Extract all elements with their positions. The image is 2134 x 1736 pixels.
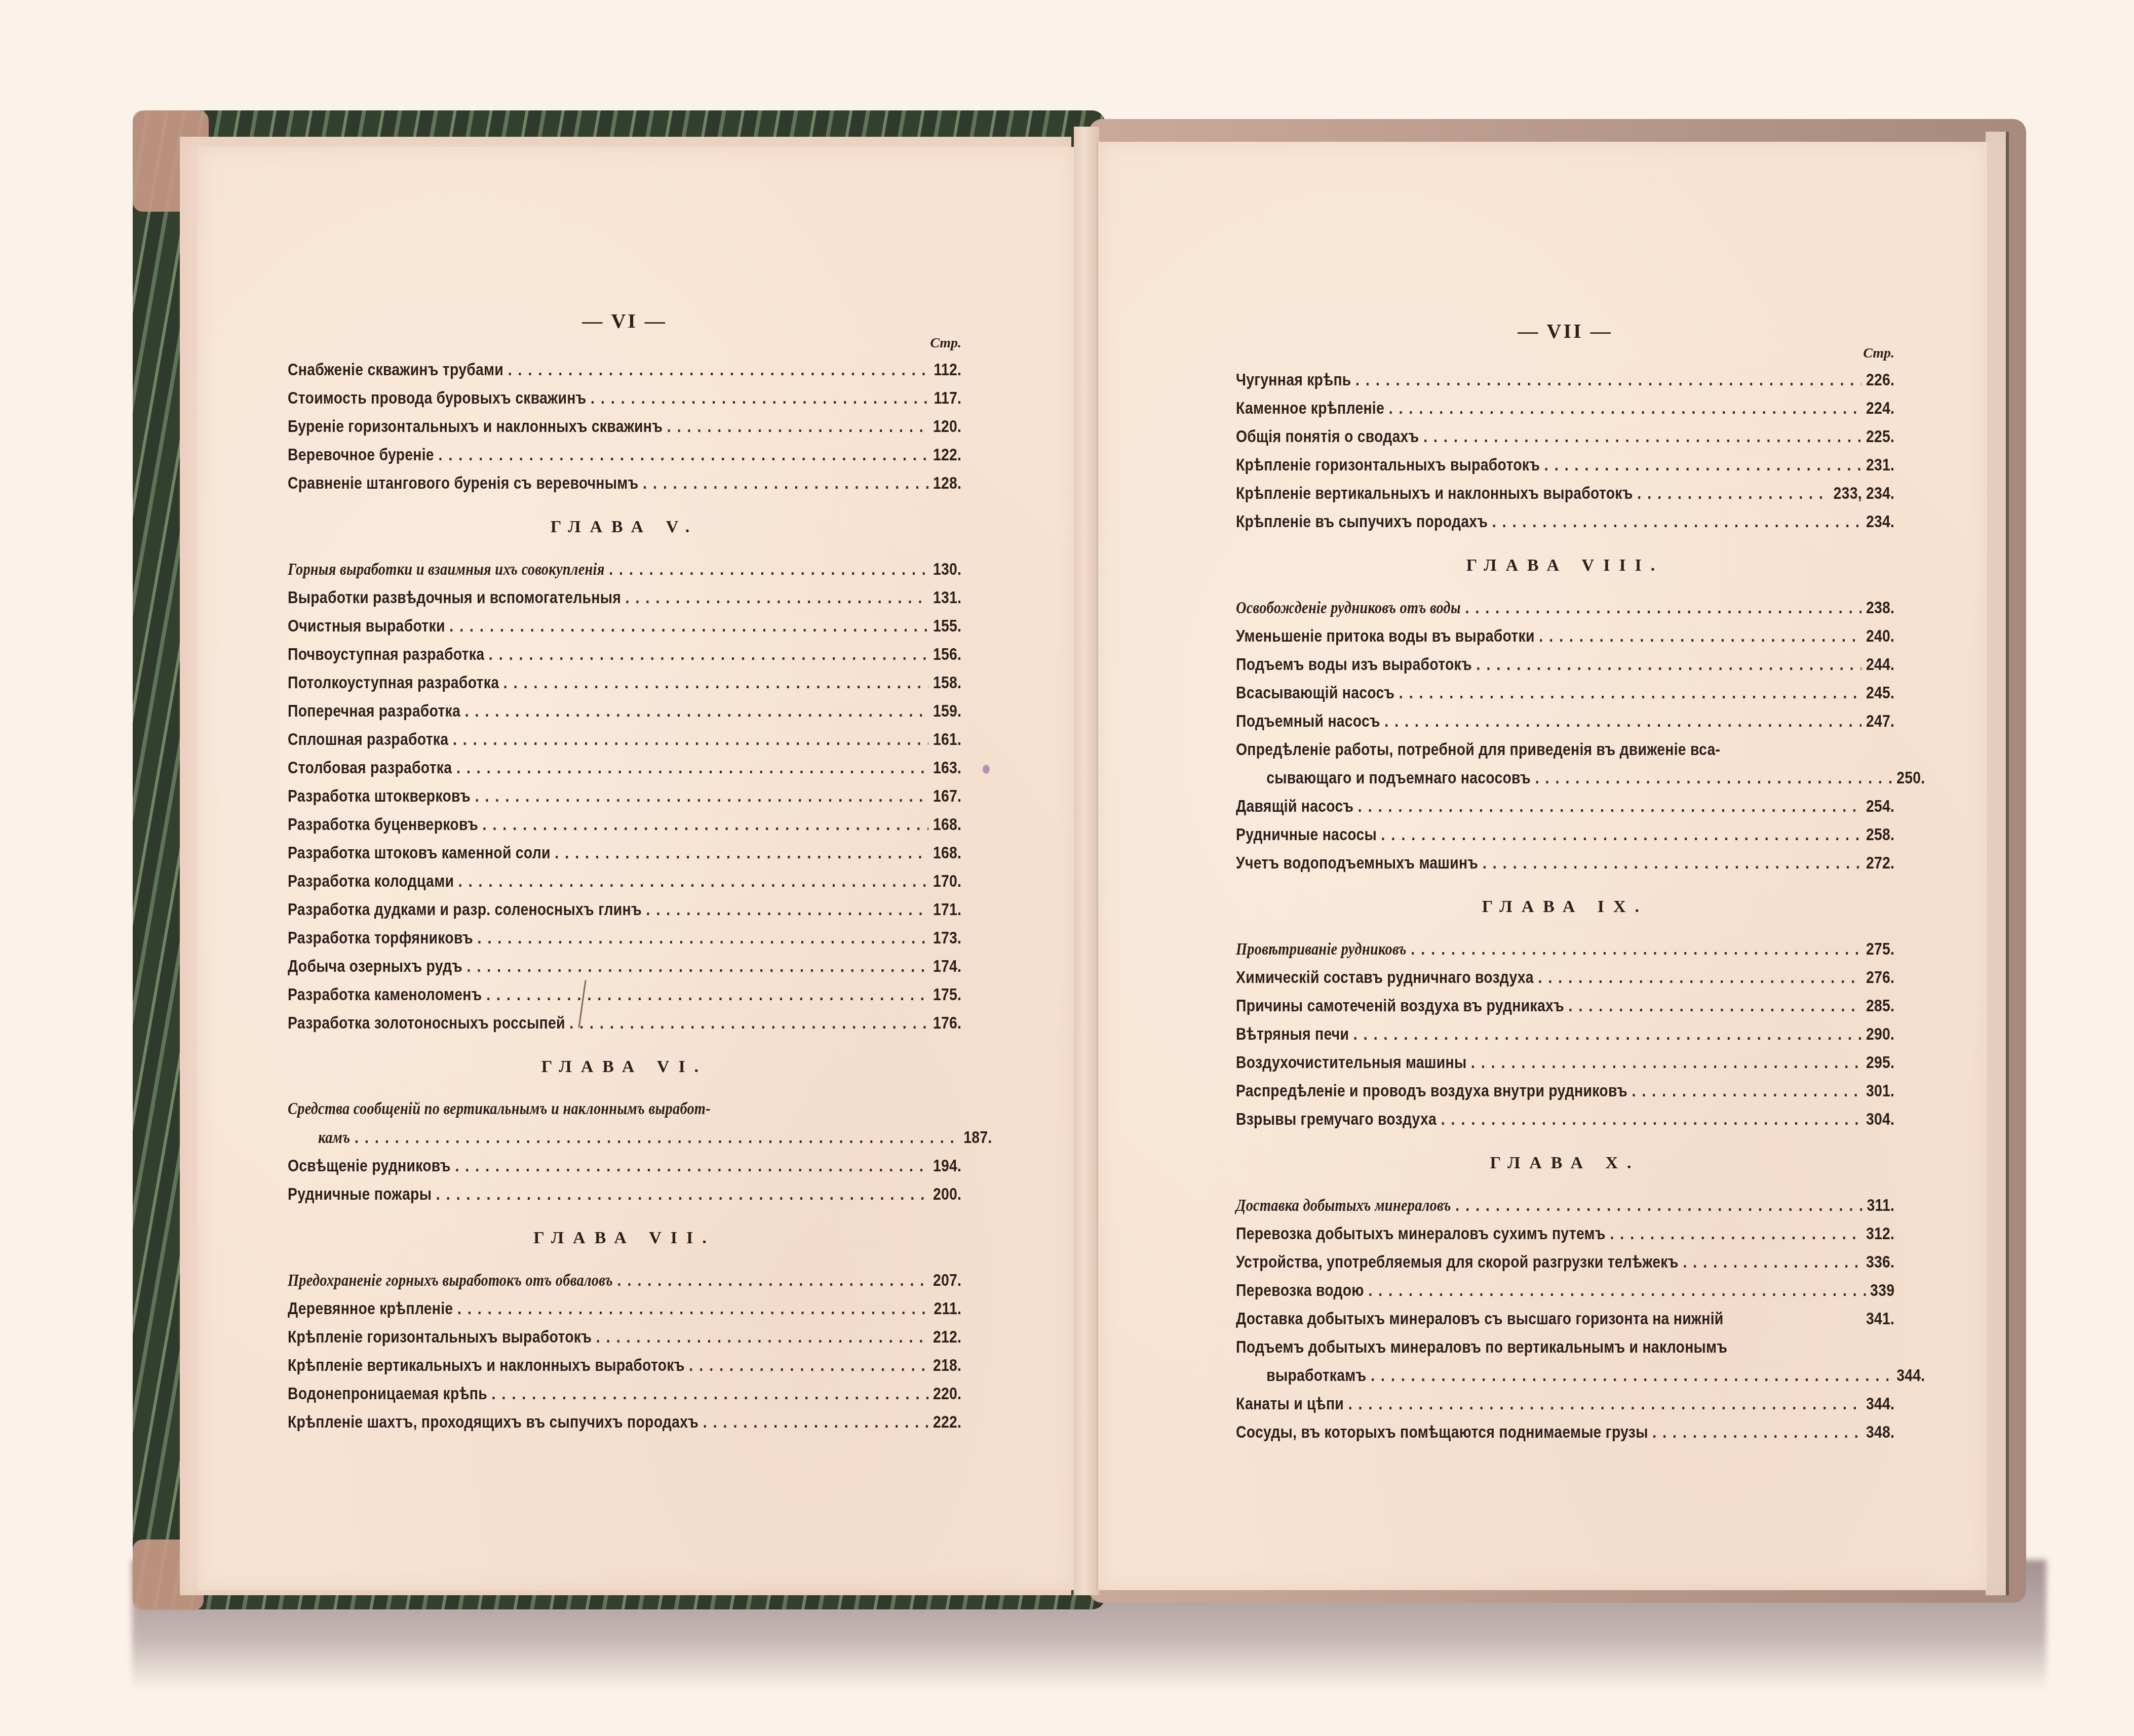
entry-title: Разработка золотоносныхъ россыпей	[288, 1009, 565, 1037]
entry-title: Канаты и цѣпи	[1236, 1390, 1344, 1418]
toc-entry: Освѣщеніе рудниковъ194.	[288, 1152, 961, 1180]
entry-page-number: 200.	[933, 1180, 961, 1208]
entry-page-number: 120.	[933, 412, 961, 441]
dot-leader	[1544, 451, 1862, 479]
dot-leader	[1652, 1418, 1861, 1446]
toc-entry: Разработка золотоносныхъ россыпей176.	[288, 1009, 961, 1037]
dot-leader	[1632, 1077, 1861, 1105]
dot-leader	[1441, 1105, 1862, 1133]
dot-leader	[1637, 479, 1829, 507]
entry-title: Опредѣленіе работы, потребной для привед…	[1236, 735, 1720, 764]
entry-title: Столбовая разработка	[288, 754, 452, 782]
entry-page-number: 304.	[1866, 1105, 1894, 1133]
entry-page-number: 254.	[1866, 792, 1894, 820]
dot-leader	[465, 697, 929, 725]
dot-leader	[475, 782, 929, 810]
toc-entry: Сосуды, въ которыхъ помѣщаются поднимаем…	[1236, 1418, 1894, 1446]
ink-stain	[983, 765, 990, 774]
dot-leader	[609, 555, 928, 583]
entry-page-number: 344.	[1866, 1390, 1894, 1418]
toc-entry: Канаты и цѣпи344.	[1236, 1390, 1894, 1418]
toc-entry: Подъемъ добытыхъ минераловъ по вертикаль…	[1236, 1333, 1894, 1361]
entry-page-number: 156.	[933, 640, 961, 668]
entry-page-number: 161.	[933, 725, 961, 754]
entry-page-number: 218.	[933, 1351, 961, 1379]
dot-leader	[626, 583, 929, 612]
dot-leader	[1535, 764, 1892, 792]
page-stack-right	[1986, 132, 2009, 1595]
entry-page-number: 341.	[1866, 1305, 1894, 1333]
entry-page-number: 159.	[933, 697, 961, 725]
dot-leader	[1399, 679, 1862, 707]
entry-title: Освобожденіе рудниковъ отъ воды	[1236, 594, 1461, 622]
chapter-heading: ГЛАВА IX.	[1236, 897, 1894, 917]
dot-leader	[703, 1408, 929, 1436]
toc-entry: Учетъ водоподъемныхъ машинъ272.	[1236, 849, 1894, 877]
entry-title: Крѣпленіе горизонтальныхъ выработокъ	[1236, 451, 1540, 479]
toc-entry: Крѣпленіе горизонтальныхъ выработокъ231.	[1236, 451, 1894, 479]
toc-entry: Взрывы гремучаго воздуха304.	[1236, 1105, 1894, 1133]
dot-leader	[436, 1180, 929, 1208]
toc-left: — VI — Стр. Снабженіе скважинъ трубами11…	[288, 309, 961, 1436]
entry-page-number: 194.	[933, 1152, 961, 1180]
entry-page-number: 158.	[933, 668, 961, 697]
entry-title: Крѣпленіе вертикальныхъ и наклонныхъ выр…	[288, 1351, 685, 1379]
entry-page-number: 222.	[933, 1408, 961, 1436]
toc-entry: Уменьшеніе притока воды въ выработки240.	[1236, 622, 1894, 650]
entry-page-number: 168.	[933, 810, 961, 839]
entry-page-number: 336.	[1866, 1248, 1894, 1276]
dot-leader	[1355, 366, 1861, 394]
entry-title: Сосуды, въ которыхъ помѣщаются поднимаем…	[1236, 1418, 1648, 1446]
entry-page-number: 130.	[933, 555, 961, 583]
toc-entry: Крѣпленіе вертикальныхъ и наклонныхъ выр…	[1236, 479, 1894, 507]
dot-leader	[453, 725, 928, 754]
entry-page-number: 175.	[933, 980, 961, 1009]
toc-entry: Веревочное буреніе122.	[288, 441, 961, 469]
entry-title: Разработка штокверковъ	[288, 782, 471, 810]
entry-page-number: 285.	[1866, 992, 1894, 1020]
dot-leader	[492, 1379, 929, 1408]
entry-title: Уменьшеніе притока воды въ выработки	[1236, 622, 1535, 650]
toc-entry: Доставка добытыхъ минераловъ съ высшаго …	[1236, 1305, 1894, 1333]
entry-title: Взрывы гремучаго воздуха	[1236, 1105, 1437, 1133]
dot-leader	[1538, 963, 1861, 992]
dot-leader	[1358, 792, 1862, 820]
entry-title: Сравненіе штангового буренія съ веревочн…	[288, 469, 638, 497]
toc-entry: Крѣпленіе въ сыпучихъ породахъ234.	[1236, 507, 1894, 536]
entry-page-number: 122.	[933, 441, 961, 469]
entry-title: Подъемъ добытыхъ минераловъ по вертикаль…	[1236, 1333, 1727, 1361]
entry-page-number: 226.	[1866, 366, 1894, 394]
dot-leader	[458, 867, 929, 895]
book-gutter	[1074, 127, 1099, 1595]
toc-entry: Снабженіе скважинъ трубами112.	[288, 356, 961, 384]
entry-page-number: 245.	[1866, 679, 1894, 707]
entry-title: Разработка буценверковъ	[288, 810, 478, 839]
entry-title: Устройства, употребляемыя для скорой раз…	[1236, 1248, 1679, 1276]
toc-entry: Рудничные пожары200.	[288, 1180, 961, 1208]
dot-leader	[486, 980, 928, 1009]
chapter-heading: ГЛАВА V.	[288, 518, 961, 537]
toc-entry: Разработка штокверковъ167.	[288, 782, 961, 810]
toc-entry: Каменное крѣпленіе224.	[1236, 394, 1894, 422]
entry-page-number: 225.	[1866, 422, 1894, 451]
entry-title: выработкамъ	[1266, 1361, 1366, 1390]
entry-title: Химическій составъ рудничнаго воздуха	[1236, 963, 1534, 992]
entry-title: Доставка добытыхъ минераловъ	[1236, 1192, 1451, 1220]
page-folio: — VII —	[1236, 319, 1894, 345]
entry-title: Каменное крѣпленіе	[1236, 394, 1384, 422]
toc-entry: Разработка штоковъ каменной соли168.	[288, 839, 961, 867]
entry-title: Разработка колодцами	[288, 867, 454, 895]
toc-entry: Средства сообщеній по вертикальнымъ и на…	[288, 1095, 961, 1123]
toc-entry: Подъемный насосъ247.	[1236, 707, 1894, 735]
entry-title: Перевозка добытыхъ минераловъ сухимъ пут…	[1236, 1219, 1606, 1248]
toc-entry: Крѣпленіе горизонтальныхъ выработокъ212.	[288, 1323, 961, 1351]
entry-page-number: 348.	[1866, 1418, 1894, 1446]
dot-leader	[1384, 707, 1861, 735]
entry-title: Крѣпленіе въ сыпучихъ породахъ	[1236, 507, 1488, 536]
toc-entry: Горныя выработки и взаимныя ихъ совокупл…	[288, 555, 961, 583]
dot-leader	[1610, 1219, 1861, 1248]
entry-title: Перевозка водою	[1236, 1276, 1364, 1305]
entry-page-number: 211.	[934, 1294, 962, 1323]
entry-page-number: 234.	[1866, 507, 1894, 536]
dot-leader	[1483, 849, 1861, 877]
entry-title: Потолкоуступная разработка	[288, 668, 499, 697]
dot-leader	[667, 412, 929, 441]
toc-right: — VII — Стр. Чугунная крѣпь226.Каменное …	[1236, 319, 1894, 1446]
entry-title: Предохраненіе горныхъ выработокъ отъ обв…	[288, 1267, 613, 1295]
dot-leader	[591, 384, 929, 412]
entry-title: Очистныя выработки	[288, 612, 445, 640]
toc-sections: Снабженіе скважинъ трубами112.Стоимость …	[288, 356, 961, 1436]
toc-entry: Крѣпленіе вертикальныхъ и наклонныхъ выр…	[288, 1351, 961, 1379]
entry-title: Горныя выработки и взаимныя ихъ совокупл…	[288, 556, 605, 584]
entry-title: Поперечная разработка	[288, 697, 460, 725]
entry-page-number: 168.	[933, 839, 961, 867]
entry-title: Выработки развѣдочныя и вспомогательныя	[288, 583, 621, 612]
toc-entry: Предохраненіе горныхъ выработокъ отъ обв…	[288, 1266, 961, 1294]
entry-title: Причины самотеченій воздуха въ рудникахъ	[1236, 992, 1564, 1020]
entry-page-number: 212.	[933, 1323, 961, 1351]
toc-entry: Перевозка водою339	[1236, 1276, 1894, 1305]
entry-title: Воздухочистительныя машины	[1236, 1048, 1466, 1077]
entry-page-number: 173.	[933, 924, 961, 952]
toc-entry: Стоимость провода буровыхъ скважинъ117.	[288, 384, 961, 412]
entry-title: Разработка дудками и разр. соленосныхъ г…	[288, 895, 642, 924]
toc-entry: Давящій насосъ254.	[1236, 792, 1894, 820]
toc-entry: Устройства, употребляемыя для скорой раз…	[1236, 1248, 1894, 1276]
toc-entry: Всасывающій насосъ245.	[1236, 679, 1894, 707]
toc-entry: Чугунная крѣпь226.	[1236, 366, 1894, 394]
entry-page-number: 275.	[1866, 935, 1894, 963]
entry-title: Учетъ водоподъемныхъ машинъ	[1236, 849, 1478, 877]
dot-leader	[1353, 1020, 1862, 1048]
entry-page-number: 220.	[933, 1379, 961, 1408]
toc-entry: Разработка дудками и разр. соленосныхъ г…	[288, 895, 961, 924]
dot-leader	[1389, 394, 1862, 422]
entry-title: Крѣпленіе шахтъ, проходящихъ въ сыпучихъ…	[288, 1408, 699, 1436]
dot-leader	[467, 952, 929, 980]
toc-entry: Химическій составъ рудничнаго воздуха276…	[1236, 963, 1894, 992]
toc-entry: Водонепроницаемая крѣпь220.	[288, 1379, 961, 1408]
dot-leader	[1371, 1361, 1892, 1390]
toc-entry: Опредѣленіе работы, потребной для привед…	[1236, 735, 1894, 764]
toc-entry: Буреніе горизонтальныхъ и наклонныхъ скв…	[288, 412, 961, 441]
entry-title: Сплошная разработка	[288, 725, 448, 754]
dot-leader	[1539, 622, 1861, 650]
entry-page-number: 344.	[1896, 1361, 1925, 1390]
toc-entry: Добыча озерныхъ рудъ174.	[288, 952, 961, 980]
entry-page-number: 224.	[1866, 394, 1894, 422]
entry-title: Крѣпленіе вертикальныхъ и наклонныхъ выр…	[1236, 479, 1633, 507]
entry-page-number: 290.	[1866, 1020, 1894, 1048]
entry-title: Провѣтриваніе рудниковъ	[1236, 935, 1407, 964]
entry-page-number: 272.	[1866, 849, 1894, 877]
toc-entry: Сравненіе штангового буренія съ веревочн…	[288, 469, 961, 497]
dot-leader	[508, 356, 929, 384]
entry-title: Снабженіе скважинъ трубами	[288, 356, 503, 384]
entry-page-number: 167.	[933, 782, 961, 810]
dot-leader	[1683, 1248, 1861, 1276]
toc-entry: выработкамъ344.	[1236, 1361, 1925, 1390]
entry-title: Чугунная крѣпь	[1236, 366, 1351, 394]
chapter-heading: ГЛАВА VIII.	[1236, 556, 1894, 575]
entry-page-number: 207.	[933, 1266, 961, 1294]
toc-entry: Освобожденіе рудниковъ отъ воды238.	[1236, 594, 1894, 622]
dot-leader	[689, 1351, 928, 1379]
page-column-label: Стр.	[1236, 345, 1894, 366]
dot-leader	[1368, 1276, 1866, 1305]
entry-title: Освѣщеніе рудниковъ	[288, 1152, 451, 1180]
entry-page-number: 128.	[933, 469, 961, 497]
entry-page-number: 131.	[933, 583, 961, 612]
dot-leader	[596, 1323, 929, 1351]
toc-entry: Деревянное крѣпленіе211.	[288, 1294, 961, 1323]
entry-page-number: 174.	[933, 952, 961, 980]
entry-title: Крѣпленіе горизонтальныхъ выработокъ	[288, 1323, 592, 1351]
entry-title: Рудничные насосы	[1236, 820, 1377, 849]
toc-entry: Сплошная разработка161.	[288, 725, 961, 754]
entry-title: Давящій насосъ	[1236, 792, 1353, 820]
toc-entry: камъ187.	[288, 1123, 992, 1152]
entry-page-number: 295.	[1866, 1048, 1894, 1077]
toc-entry: Разработка колодцами170.	[288, 867, 961, 895]
dot-leader	[569, 1009, 928, 1037]
toc-entry: Очистныя выработки155.	[288, 612, 961, 640]
toc-entry: Выработки развѣдочныя и вспомогательныя1…	[288, 583, 961, 612]
dot-leader	[438, 441, 928, 469]
entry-title: Всасывающій насосъ	[1236, 679, 1394, 707]
dot-leader	[489, 640, 929, 668]
entry-page-number: 276.	[1866, 963, 1894, 992]
entry-title: Веревочное буреніе	[288, 441, 434, 469]
toc-entry: Почвоуступная разработка156.	[288, 640, 961, 668]
toc-entry: Разработка торфяниковъ173.	[288, 924, 961, 952]
entry-title: Общія понятія о сводахъ	[1236, 422, 1419, 451]
dot-leader	[355, 1123, 959, 1152]
dot-leader	[1465, 594, 1861, 622]
chapter-heading: ГЛАВА VII.	[288, 1229, 961, 1248]
page-column-label: Стр.	[288, 335, 961, 356]
dot-leader	[1455, 1191, 1863, 1219]
entry-title: Подъемный насосъ	[1236, 707, 1380, 735]
toc-entry: Рудничные насосы258.	[1236, 820, 1894, 849]
entry-page-number: 240.	[1866, 622, 1894, 650]
dot-leader	[456, 754, 928, 782]
entry-page-number: 231.	[1866, 451, 1894, 479]
entry-page-number: 247.	[1866, 707, 1894, 735]
entry-title: Деревянное крѣпленіе	[288, 1294, 453, 1323]
dot-leader	[643, 469, 928, 497]
entry-title: Добыча озерныхъ рудъ	[288, 952, 462, 980]
toc-entry: Потолкоуступная разработка158.	[288, 668, 961, 697]
dot-leader	[1423, 422, 1861, 451]
entry-title: Рудничные пожары	[288, 1180, 432, 1208]
toc-entry: сывающаго и подъемнаго насосовъ250.	[1236, 764, 1925, 792]
toc-entry: Доставка добытыхъ минераловъ311.	[1236, 1191, 1894, 1219]
entry-page-number: 171.	[933, 895, 961, 924]
entry-page-number: 244.	[1866, 650, 1894, 679]
dot-leader	[449, 612, 928, 640]
toc-entry: Общія понятія о сводахъ225.	[1236, 422, 1894, 451]
dot-leader	[555, 839, 928, 867]
toc-entry: Перевозка добытыхъ минераловъ сухимъ пут…	[1236, 1219, 1894, 1248]
entry-title: Средства сообщеній по вертикальнымъ и на…	[288, 1095, 711, 1123]
entry-title: Почвоуступная разработка	[288, 640, 484, 668]
dot-leader	[1348, 1390, 1862, 1418]
entry-title: Подъемъ воды изъ выработокъ	[1236, 650, 1472, 679]
entry-title: Водонепроницаемая крѣпь	[288, 1379, 487, 1408]
entry-title: Разработка каменоломенъ	[288, 980, 482, 1009]
entry-title: Стоимость провода буровыхъ скважинъ	[288, 384, 586, 412]
dot-leader	[1381, 820, 1862, 849]
entry-page-number: 238.	[1866, 594, 1894, 622]
toc-entry: Разработка каменоломенъ175.	[288, 980, 961, 1009]
toc-entry: Вѣтряныя печи290.	[1236, 1020, 1894, 1048]
entry-page-number: 311.	[1867, 1191, 1895, 1219]
entry-page-number: 339	[1870, 1276, 1894, 1305]
entry-page-number: 112.	[934, 356, 962, 384]
dot-leader	[457, 1294, 929, 1323]
entry-page-number: 163.	[933, 754, 961, 782]
dot-leader	[617, 1266, 929, 1294]
toc-entry: Поперечная разработка159.	[288, 697, 961, 725]
dot-leader	[478, 924, 929, 952]
dot-leader	[1492, 507, 1862, 536]
entry-title: Разработка торфяниковъ	[288, 924, 473, 952]
entry-page-number: 155.	[933, 612, 961, 640]
toc-sections: Чугунная крѣпь226.Каменное крѣпленіе224.…	[1236, 366, 1894, 1446]
entry-title: Доставка добытыхъ минераловъ съ высшаго …	[1236, 1305, 1723, 1333]
dot-leader	[482, 810, 928, 839]
toc-entry: Крѣпленіе шахтъ, проходящихъ въ сыпучихъ…	[288, 1408, 961, 1436]
entry-page-number: 117.	[934, 384, 962, 412]
toc-entry: Распредѣленіе и проводъ воздуха внутри р…	[1236, 1077, 1894, 1105]
dot-leader	[1569, 992, 1862, 1020]
entry-page-number: 312.	[1866, 1219, 1894, 1248]
toc-entry: Столбовая разработка163.	[288, 754, 961, 782]
toc-entry: Причины самотеченій воздуха въ рудникахъ…	[1236, 992, 1894, 1020]
entry-title: Распредѣленіе и проводъ воздуха внутри р…	[1236, 1077, 1627, 1105]
entry-page-number: 233, 234.	[1834, 479, 1895, 507]
toc-entry: Провѣтриваніе рудниковъ275.	[1236, 935, 1894, 963]
entry-page-number: 301.	[1866, 1077, 1894, 1105]
entry-page-number: 250.	[1896, 764, 1925, 792]
entry-title: сывающаго и подъемнаго насосовъ	[1266, 764, 1531, 792]
toc-entry: Разработка буценверковъ168.	[288, 810, 961, 839]
entry-title: Буреніе горизонтальныхъ и наклонныхъ скв…	[288, 412, 663, 441]
toc-entry: Воздухочистительныя машины295.	[1236, 1048, 1894, 1077]
toc-entry: Подъемъ воды изъ выработокъ244.	[1236, 650, 1894, 679]
entry-title: Разработка штоковъ каменной соли	[288, 839, 551, 867]
dot-leader	[455, 1152, 928, 1180]
entry-page-number: 176.	[933, 1009, 961, 1037]
dot-leader	[1411, 935, 1861, 963]
chapter-heading: ГЛАВА VI.	[288, 1057, 961, 1077]
dot-leader	[646, 895, 928, 924]
entry-page-number: 258.	[1866, 820, 1894, 849]
page-folio: — VI —	[288, 309, 961, 335]
entry-page-number: 187.	[963, 1123, 992, 1152]
dot-leader	[1477, 650, 1862, 679]
entry-page-number: 170.	[933, 867, 961, 895]
dot-leader	[503, 668, 929, 697]
chapter-heading: ГЛАВА X.	[1236, 1154, 1894, 1173]
entry-title: камъ	[318, 1124, 350, 1152]
dot-leader	[1471, 1048, 1861, 1077]
entry-title: Вѣтряныя печи	[1236, 1020, 1349, 1048]
